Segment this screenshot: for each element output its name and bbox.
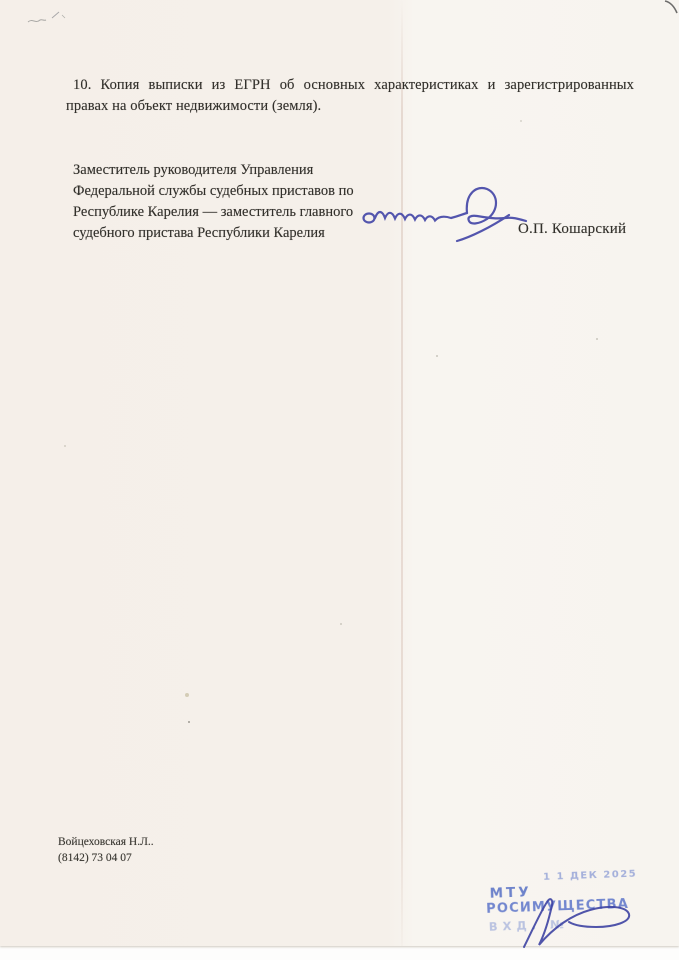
fold-crease xyxy=(401,0,403,946)
scan-speck xyxy=(340,623,342,625)
pencil-mark-icon xyxy=(25,8,95,34)
signatory-title-line: Федеральной службы судебных приставов по xyxy=(73,181,403,202)
signatory-title-line: Заместитель руководителя Управления xyxy=(73,160,403,181)
executor-phone: (8142) 73 04 07 xyxy=(58,851,154,867)
scan-speck xyxy=(185,693,189,697)
scan-speck xyxy=(520,120,522,122)
signatory-name: О.П. Кошарский xyxy=(518,221,626,238)
stamp-date: 1 1 ДЕК 2025 xyxy=(543,869,637,883)
scanned-document-page: 10. Копия выписки из ЕГРН об основных ха… xyxy=(0,0,679,960)
scan-speck xyxy=(596,338,598,340)
signatory-title-line: судебного пристава Республики Карелия xyxy=(73,223,403,244)
stamp-initials-scribble-icon xyxy=(512,893,647,953)
executor-name: Войцеховская Н.Л.. xyxy=(58,835,154,851)
paragraph-item-10: 10. Копия выписки из ЕГРН об основных ха… xyxy=(66,75,634,116)
scan-speck xyxy=(64,445,66,447)
corner-fold-mark-icon xyxy=(664,0,679,14)
scan-speck xyxy=(436,355,438,357)
signatory-title-block: Заместитель руководителя Управления Феде… xyxy=(73,160,403,244)
executor-block: Войцеховская Н.Л.. (8142) 73 04 07 xyxy=(58,835,154,866)
paper-sheet xyxy=(0,0,679,946)
paragraph-line-2: правах на объект недвижимости (земля). xyxy=(66,96,634,117)
scan-speck xyxy=(188,721,190,723)
paragraph-line-1: 10. Копия выписки из ЕГРН об основных ха… xyxy=(66,75,634,96)
signatory-title-line: Республике Карелия — заместитель главног… xyxy=(73,202,403,223)
